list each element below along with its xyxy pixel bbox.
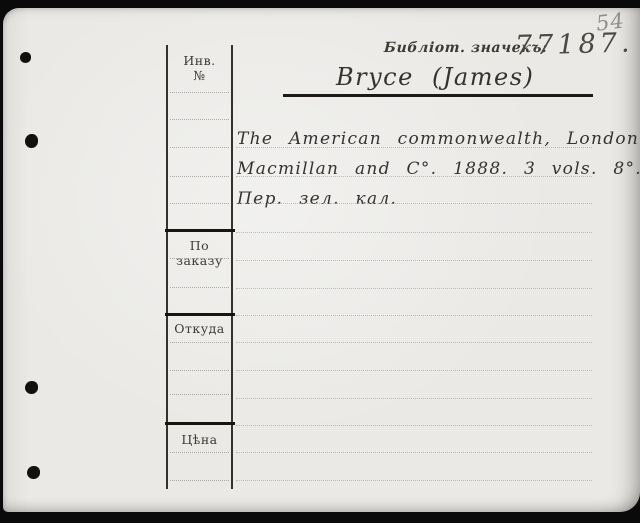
inventory-number-label: Инв. №: [168, 53, 231, 83]
catalog-card-scan: 54 Библіот. значекъ: 77187. Bryce (James…: [0, 0, 640, 523]
punch-hole: [25, 134, 38, 148]
ruled-line: [170, 203, 229, 204]
ruled-line: [170, 370, 229, 371]
ledger-column: Инв. № По заказу Откуда Цѣна: [166, 45, 233, 489]
ruled-line: [236, 342, 592, 343]
entry-line: Macmillan and C°. 1888. 3 vols. 8°.: [237, 156, 607, 182]
price-label: Цѣна: [168, 432, 231, 447]
order-label: По заказу: [168, 238, 231, 268]
ruled-line: [236, 176, 592, 177]
ruled-line: [236, 398, 592, 399]
ruled-line: [236, 203, 592, 204]
punch-hole: [25, 381, 38, 394]
ruled-line: [236, 232, 592, 233]
library-stamp-number: 77187.: [515, 27, 634, 61]
ruled-line: [170, 176, 229, 177]
section-divider-line: [165, 313, 235, 316]
section-divider-line: [165, 229, 235, 232]
ruled-line: [236, 370, 592, 371]
ruled-line: [170, 92, 229, 93]
section-divider-line: [165, 422, 235, 425]
ruled-line: [170, 119, 229, 120]
punch-hole: [27, 466, 40, 479]
author-underline: [283, 94, 593, 97]
ruled-line: [236, 425, 592, 426]
ruled-line: [170, 342, 229, 343]
punch-hole: [20, 52, 31, 63]
origin-label: Откуда: [168, 321, 231, 336]
entry-line: The American commonwealth, London: [237, 126, 607, 152]
ruled-line: [170, 480, 229, 481]
entry-line: Пер. зел. кал.: [237, 186, 607, 212]
ruled-line: [236, 315, 592, 316]
ruled-line: [236, 452, 592, 453]
ruled-line: [236, 147, 592, 148]
ruled-line: [170, 287, 229, 288]
ruled-line: [236, 480, 592, 481]
ruled-line: [236, 288, 592, 289]
author-heading: Bryce (James): [336, 63, 534, 91]
ruled-line: [170, 147, 229, 148]
ruled-line: [170, 452, 229, 453]
ruled-line: [170, 394, 229, 395]
ruled-line: [170, 258, 229, 259]
ruled-line: [236, 260, 592, 261]
